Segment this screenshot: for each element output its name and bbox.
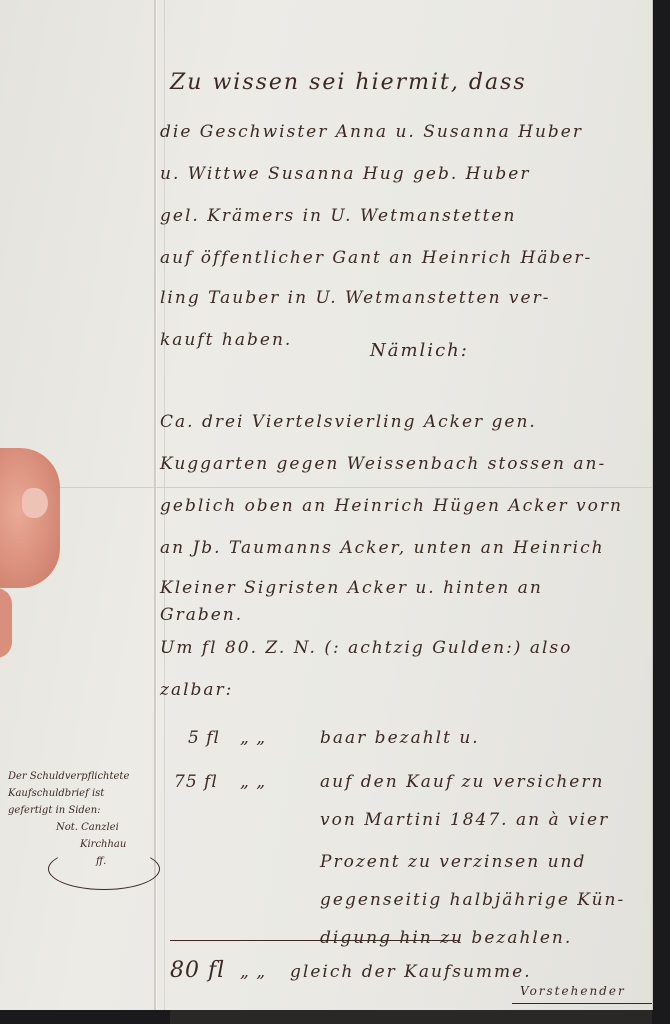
property-line: Kuggarten gegen Weissenbach stossen an- bbox=[160, 454, 606, 474]
fold-line-horizontal bbox=[0, 487, 652, 488]
hand-thumb bbox=[0, 448, 60, 588]
intro-line: u. Wittwe Susanna Hug geb. Huber bbox=[160, 164, 530, 184]
margin-note-line: Not. Canzlei bbox=[8, 819, 158, 836]
intro-line: gel. Krämers in U. Wetmanstetten bbox=[160, 206, 516, 226]
payment-text: Prozent zu verzinsen und bbox=[320, 852, 586, 872]
property-line: Graben. bbox=[160, 605, 243, 625]
intro-line: ling Tauber in U. Wetmanstetten ver- bbox=[160, 288, 550, 308]
hand-finger bbox=[0, 588, 12, 658]
payment-text: auf den Kauf zu versichern bbox=[320, 772, 604, 792]
intro-line: kauft haben. bbox=[160, 330, 292, 350]
signature-rule bbox=[512, 1003, 652, 1004]
property-line: Ca. drei Viertelsvierling Acker gen. bbox=[160, 412, 537, 432]
margin-note-line: Kaufschuldbrief ist bbox=[8, 785, 158, 802]
payment-text: gegenseitig halbjährige Kün- bbox=[320, 890, 625, 910]
thumbnail bbox=[22, 488, 48, 518]
sum-rule bbox=[170, 940, 460, 941]
intro-line: auf öffentlicher Gant an Heinrich Häber- bbox=[160, 248, 592, 268]
total-text: gleich der Kaufsumme. bbox=[290, 962, 532, 982]
flourish-decoration bbox=[48, 848, 160, 890]
total-amount: 80 fl bbox=[170, 958, 225, 983]
background-edge bbox=[170, 1010, 652, 1024]
intro-line: Zu wissen sei hiermit, dass bbox=[170, 70, 527, 95]
signature: Vorstehender bbox=[520, 984, 626, 998]
margin-note: Der Schuldverpflichtete Kaufschuldbrief … bbox=[8, 768, 158, 870]
price-line: Um fl 80. Z. N. (: achtzig Gulden:) also bbox=[160, 638, 572, 658]
payment-text: von Martini 1847. an à vier bbox=[320, 810, 609, 830]
payment-text: digung hin zu bezahlen. bbox=[320, 928, 572, 948]
margin-note-line: Der Schuldverpflichtete bbox=[8, 768, 158, 785]
property-line: geblich oben an Heinrich Hügen Acker vor… bbox=[160, 496, 623, 516]
payment-amount: 75 fl bbox=[174, 772, 218, 792]
margin-note-line: gefertigt in Siden: bbox=[8, 802, 158, 819]
total-marks: „ „ bbox=[240, 962, 266, 982]
property-line: an Jb. Taumanns Acker, unten an Heinrich bbox=[160, 538, 605, 558]
payment-marks: „ „ bbox=[240, 728, 266, 748]
payment-amount: 5 fl bbox=[188, 728, 220, 748]
price-line: zalbar: bbox=[160, 680, 233, 700]
property-line: Kleiner Sigristen Acker u. hinten an bbox=[160, 578, 543, 598]
payment-text: baar bezahlt u. bbox=[320, 728, 480, 748]
section-heading: Nämlich: bbox=[370, 340, 469, 361]
document-page: Zu wissen sei hiermit, dass die Geschwis… bbox=[0, 0, 653, 1010]
payment-marks: „ „ bbox=[240, 772, 266, 792]
intro-line: die Geschwister Anna u. Susanna Huber bbox=[160, 122, 583, 142]
